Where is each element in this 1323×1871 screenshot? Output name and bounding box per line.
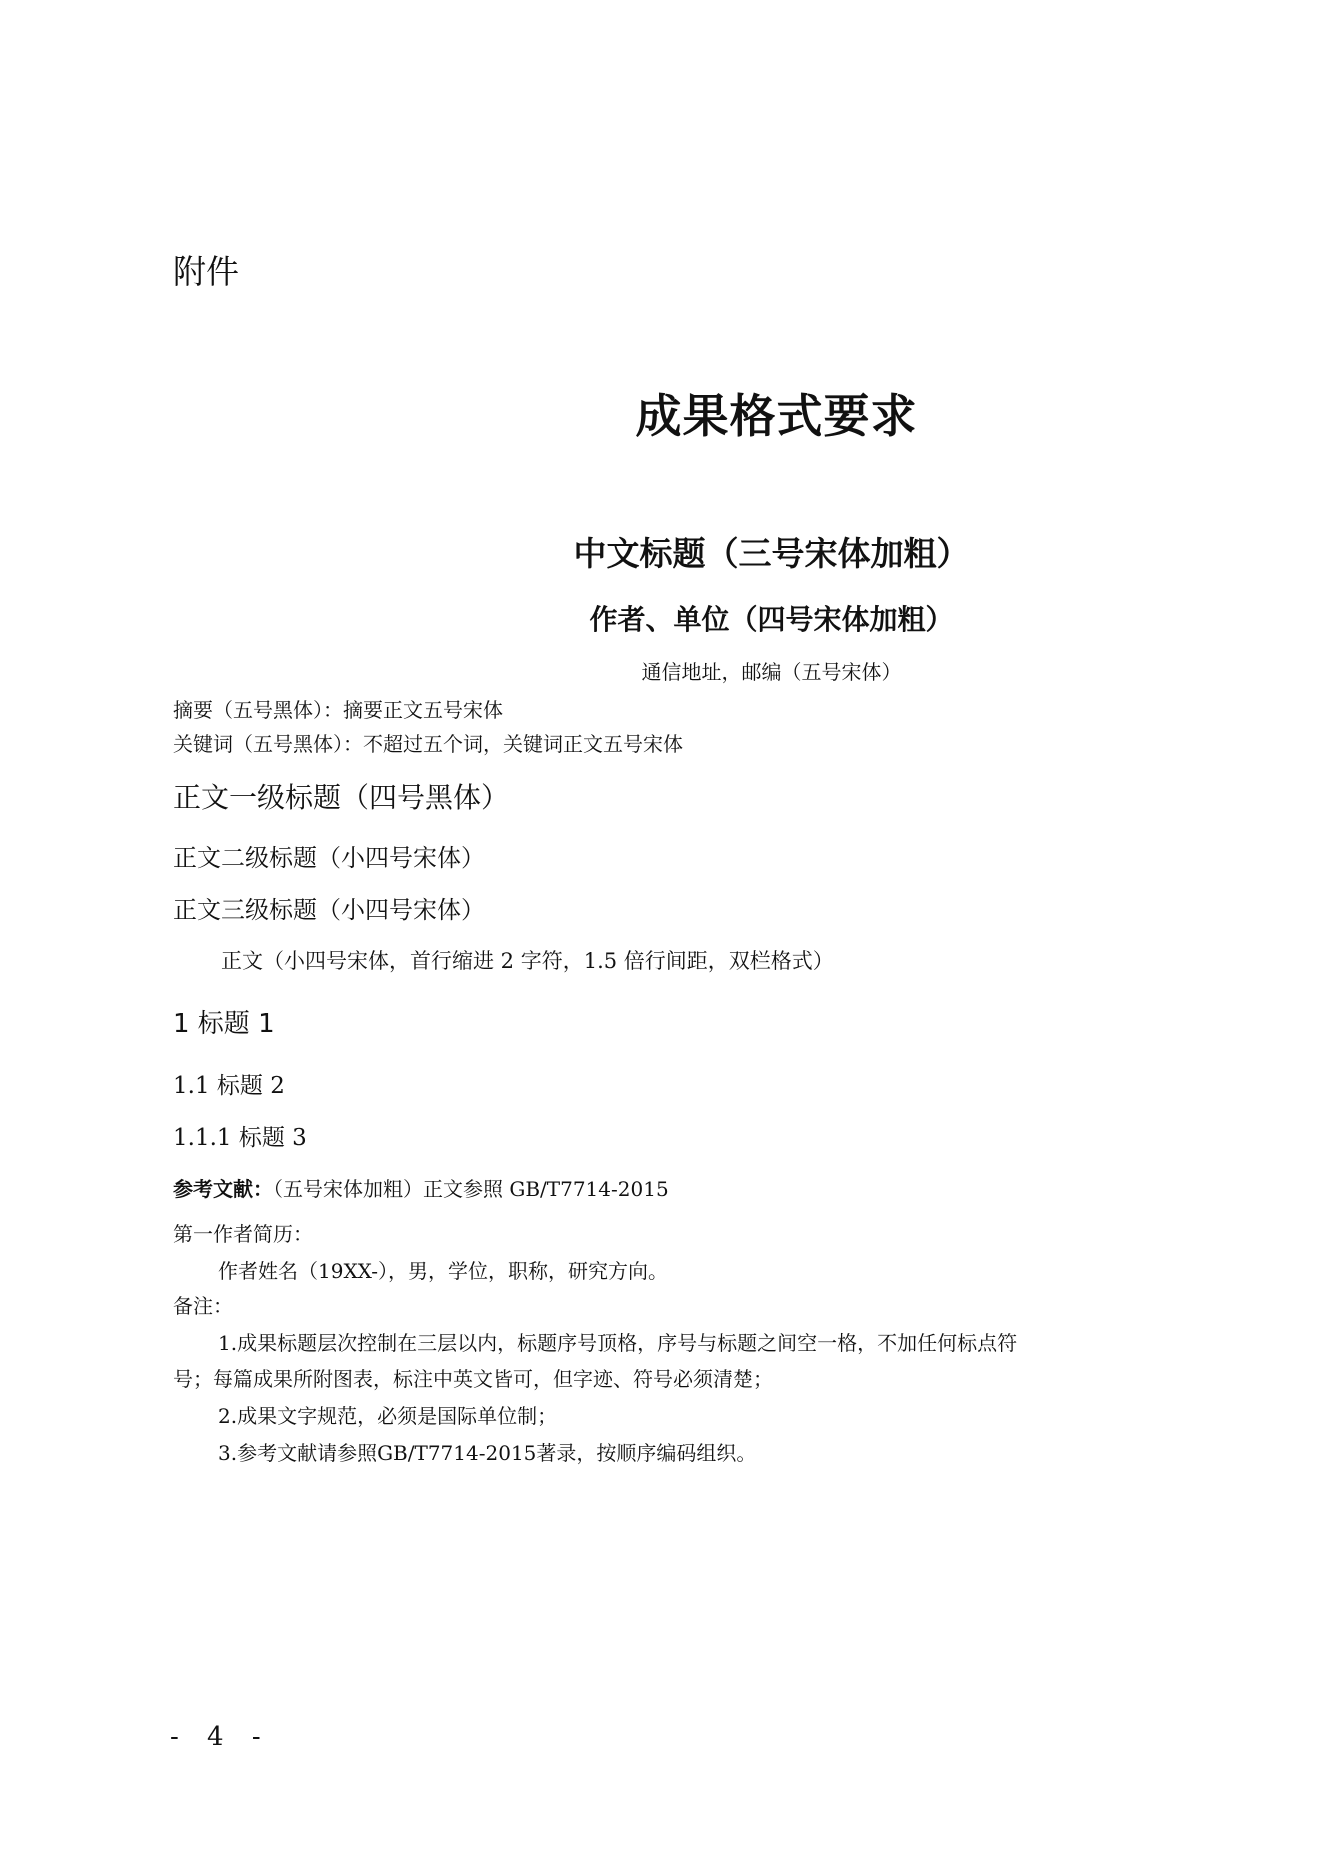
keywords-line: 关键词（五号黑体）：不超过五个词，关键词正文五号宋体	[173, 728, 683, 757]
author-text: 作者、单位（四号宋体加粗）	[589, 598, 953, 638]
references-line: 参考文献：（五号宋体加粗）正文参照 GB/T7714-2015	[173, 1173, 669, 1202]
heading-level2-sample: 正文二级标题（小四号宋体）	[173, 838, 485, 873]
references-label: 参考文献：	[173, 1177, 273, 1201]
author-sample: 作者、单位（四号宋体加粗）	[0, 598, 1323, 638]
note-item-1-line1: 1.成果标题层次控制在三层以内，标题序号顶格，序号与标题之间空一格，不加任何标点…	[218, 1327, 1017, 1356]
references-text: （五号宋体加粗）正文参照 GB/T7714-2015	[273, 1177, 669, 1201]
heading-level3-sample: 正文三级标题（小四号宋体）	[173, 890, 485, 925]
abstract-text: 摘要正文五号宋体	[343, 698, 503, 722]
body-text-sample: 正文（小四号宋体，首行缩进 2 字符，1.5 倍行间距，双栏格式）	[221, 945, 834, 975]
note-item-2: 2.成果文字规范，必须是国际单位制；	[218, 1400, 557, 1429]
chinese-title-text: 中文标题（三号宋体加粗）	[574, 528, 970, 575]
chinese-title-sample: 中文标题（三号宋体加粗）	[0, 528, 1323, 575]
section-1-1-1-heading: 1.1.1 标题 3	[173, 1119, 307, 1152]
attachment-label: 附件	[173, 246, 239, 293]
section-1-1-heading: 1.1 标题 2	[173, 1067, 285, 1100]
bio-text: 作者姓名（19XX-），男，学位，职称，研究方向。	[218, 1255, 668, 1284]
bio-label: 第一作者简历：	[173, 1218, 313, 1247]
page-number: - 4 -	[170, 1722, 271, 1752]
heading-level1-sample: 正文一级标题（四号黑体）	[173, 776, 509, 816]
keywords-label: 关键词（五号黑体）：	[173, 732, 363, 756]
main-title-text: 成果格式要求	[636, 380, 918, 446]
note-item-3: 3.参考文献请参照GB/T7714-2015著录，按顺序编码组织。	[218, 1437, 756, 1466]
document-page: 附件 成果格式要求 中文标题（三号宋体加粗） 作者、单位（四号宋体加粗） 通信地…	[0, 0, 1323, 1871]
notes-label: 备注：	[173, 1290, 233, 1319]
abstract-label: 摘要（五号黑体）：	[173, 698, 343, 722]
keywords-text: 不超过五个词，关键词正文五号宋体	[363, 732, 683, 756]
section-1-heading: 1 标题 1	[173, 1003, 275, 1040]
main-title: 成果格式要求	[0, 380, 1323, 446]
address-sample: 通信地址，邮编（五号宋体）	[0, 656, 1323, 685]
address-text: 通信地址，邮编（五号宋体）	[642, 656, 902, 685]
abstract-line: 摘要（五号黑体）：摘要正文五号宋体	[173, 694, 503, 723]
note-item-1-line2: 号；每篇成果所附图表，标注中英文皆可，但字迹、符号必须清楚；	[173, 1363, 773, 1392]
